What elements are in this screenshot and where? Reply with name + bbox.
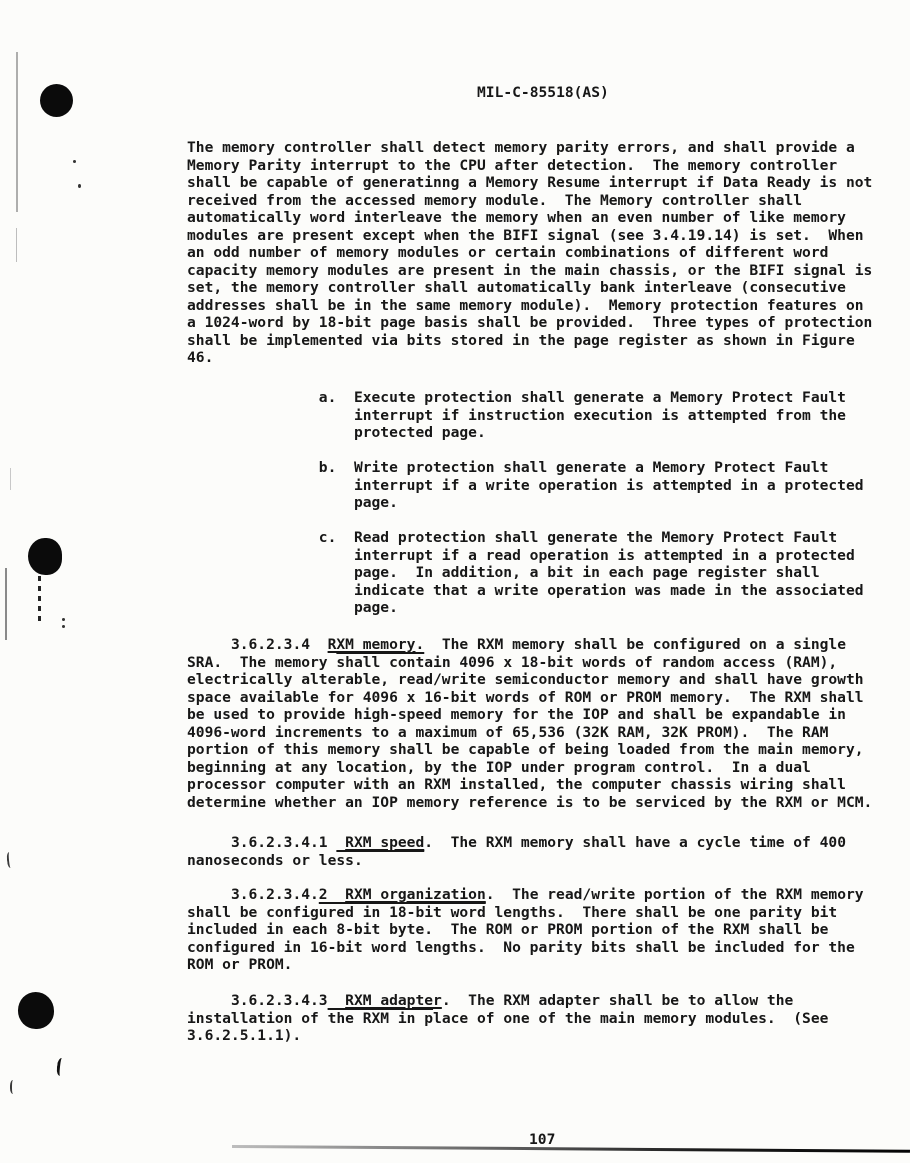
- scan-artifact-mark: [6, 852, 13, 868]
- section-rxm-organization: 3.6.2.3.4.2 RXM organization. The read/w…: [187, 886, 899, 974]
- scan-artifact-dotted-line: [38, 576, 41, 626]
- text-segment: c. Read protection shall generate the Me…: [187, 529, 864, 616]
- text-segment: 3.6.2.3.4.2: [187, 886, 345, 903]
- text-segment: b. Write protection shall generate a Mem…: [187, 459, 864, 511]
- text-segment: RXM speed: [345, 834, 424, 851]
- footer-rule: [232, 1145, 910, 1153]
- text-segment: RXM organization: [345, 886, 486, 903]
- text-segment: shall cont: [336, 654, 424, 671]
- scan-artifact-speck: [73, 160, 76, 163]
- section-rxm-memory: 3.6.2.3.4 RXM memory. The RXM memory sha…: [187, 636, 899, 811]
- text-segment: ss.: [336, 852, 424, 869]
- scan-artifact-mark: [56, 1058, 66, 1077]
- punch-hole-dot: [40, 84, 73, 117]
- scan-artifact-edge-line: [10, 468, 11, 490]
- text-segment: The memory controller shall detect memor…: [187, 139, 872, 366]
- scan-artifact-speck: [78, 184, 81, 188]
- scan-artifact-speck: [62, 618, 65, 621]
- paragraph-memory-controller: The memory controller shall detect memor…: [187, 139, 899, 367]
- section-rxm-speed: 3.6.2.3.4.1 RXM speed. The RXM memory sh…: [187, 834, 899, 869]
- list-item-b: b. Write protection shall generate a Mem…: [187, 459, 899, 512]
- text-segment: RXM memory: [328, 636, 416, 653]
- page-number: 107: [529, 1131, 555, 1149]
- scan-artifact-edge-line: [16, 52, 18, 212]
- text-segment: RXM adapter: [345, 992, 442, 1009]
- punch-hole-dot: [28, 538, 62, 575]
- scan-artifact-edge-line: [16, 228, 17, 262]
- text-segment: 3.6.2.3.4.1: [187, 834, 345, 851]
- list-item-c: c. Read protection shall generate the Me…: [187, 529, 899, 617]
- punch-hole-dot: [18, 992, 54, 1029]
- text-segment: ured in 18-bit word: [319, 904, 486, 921]
- scan-artifact-mark: [10, 1080, 16, 1094]
- text-segment: 3.6.2.3.4.3: [187, 992, 345, 1009]
- text-segment: ain 4096 x 18-bit words of random access…: [187, 654, 872, 811]
- text-segment: 3.6.2.3.4: [187, 636, 328, 653]
- document-page: MIL-C-85518(AS) The memory controller sh…: [0, 0, 910, 1163]
- scan-artifact-edge-line: [5, 568, 7, 640]
- text-segment: a. Execute protection shall generate a M…: [187, 389, 846, 441]
- text-segment: the RXM in p: [328, 1010, 433, 1027]
- scan-artifact-speck: [62, 625, 65, 628]
- section-rxm-adapter: 3.6.2.3.4.3 RXM adapter. The RXM adapter…: [187, 992, 899, 1045]
- doc-header: MIL-C-85518(AS): [477, 84, 609, 102]
- list-item-a: a. Execute protection shall generate a M…: [187, 389, 899, 442]
